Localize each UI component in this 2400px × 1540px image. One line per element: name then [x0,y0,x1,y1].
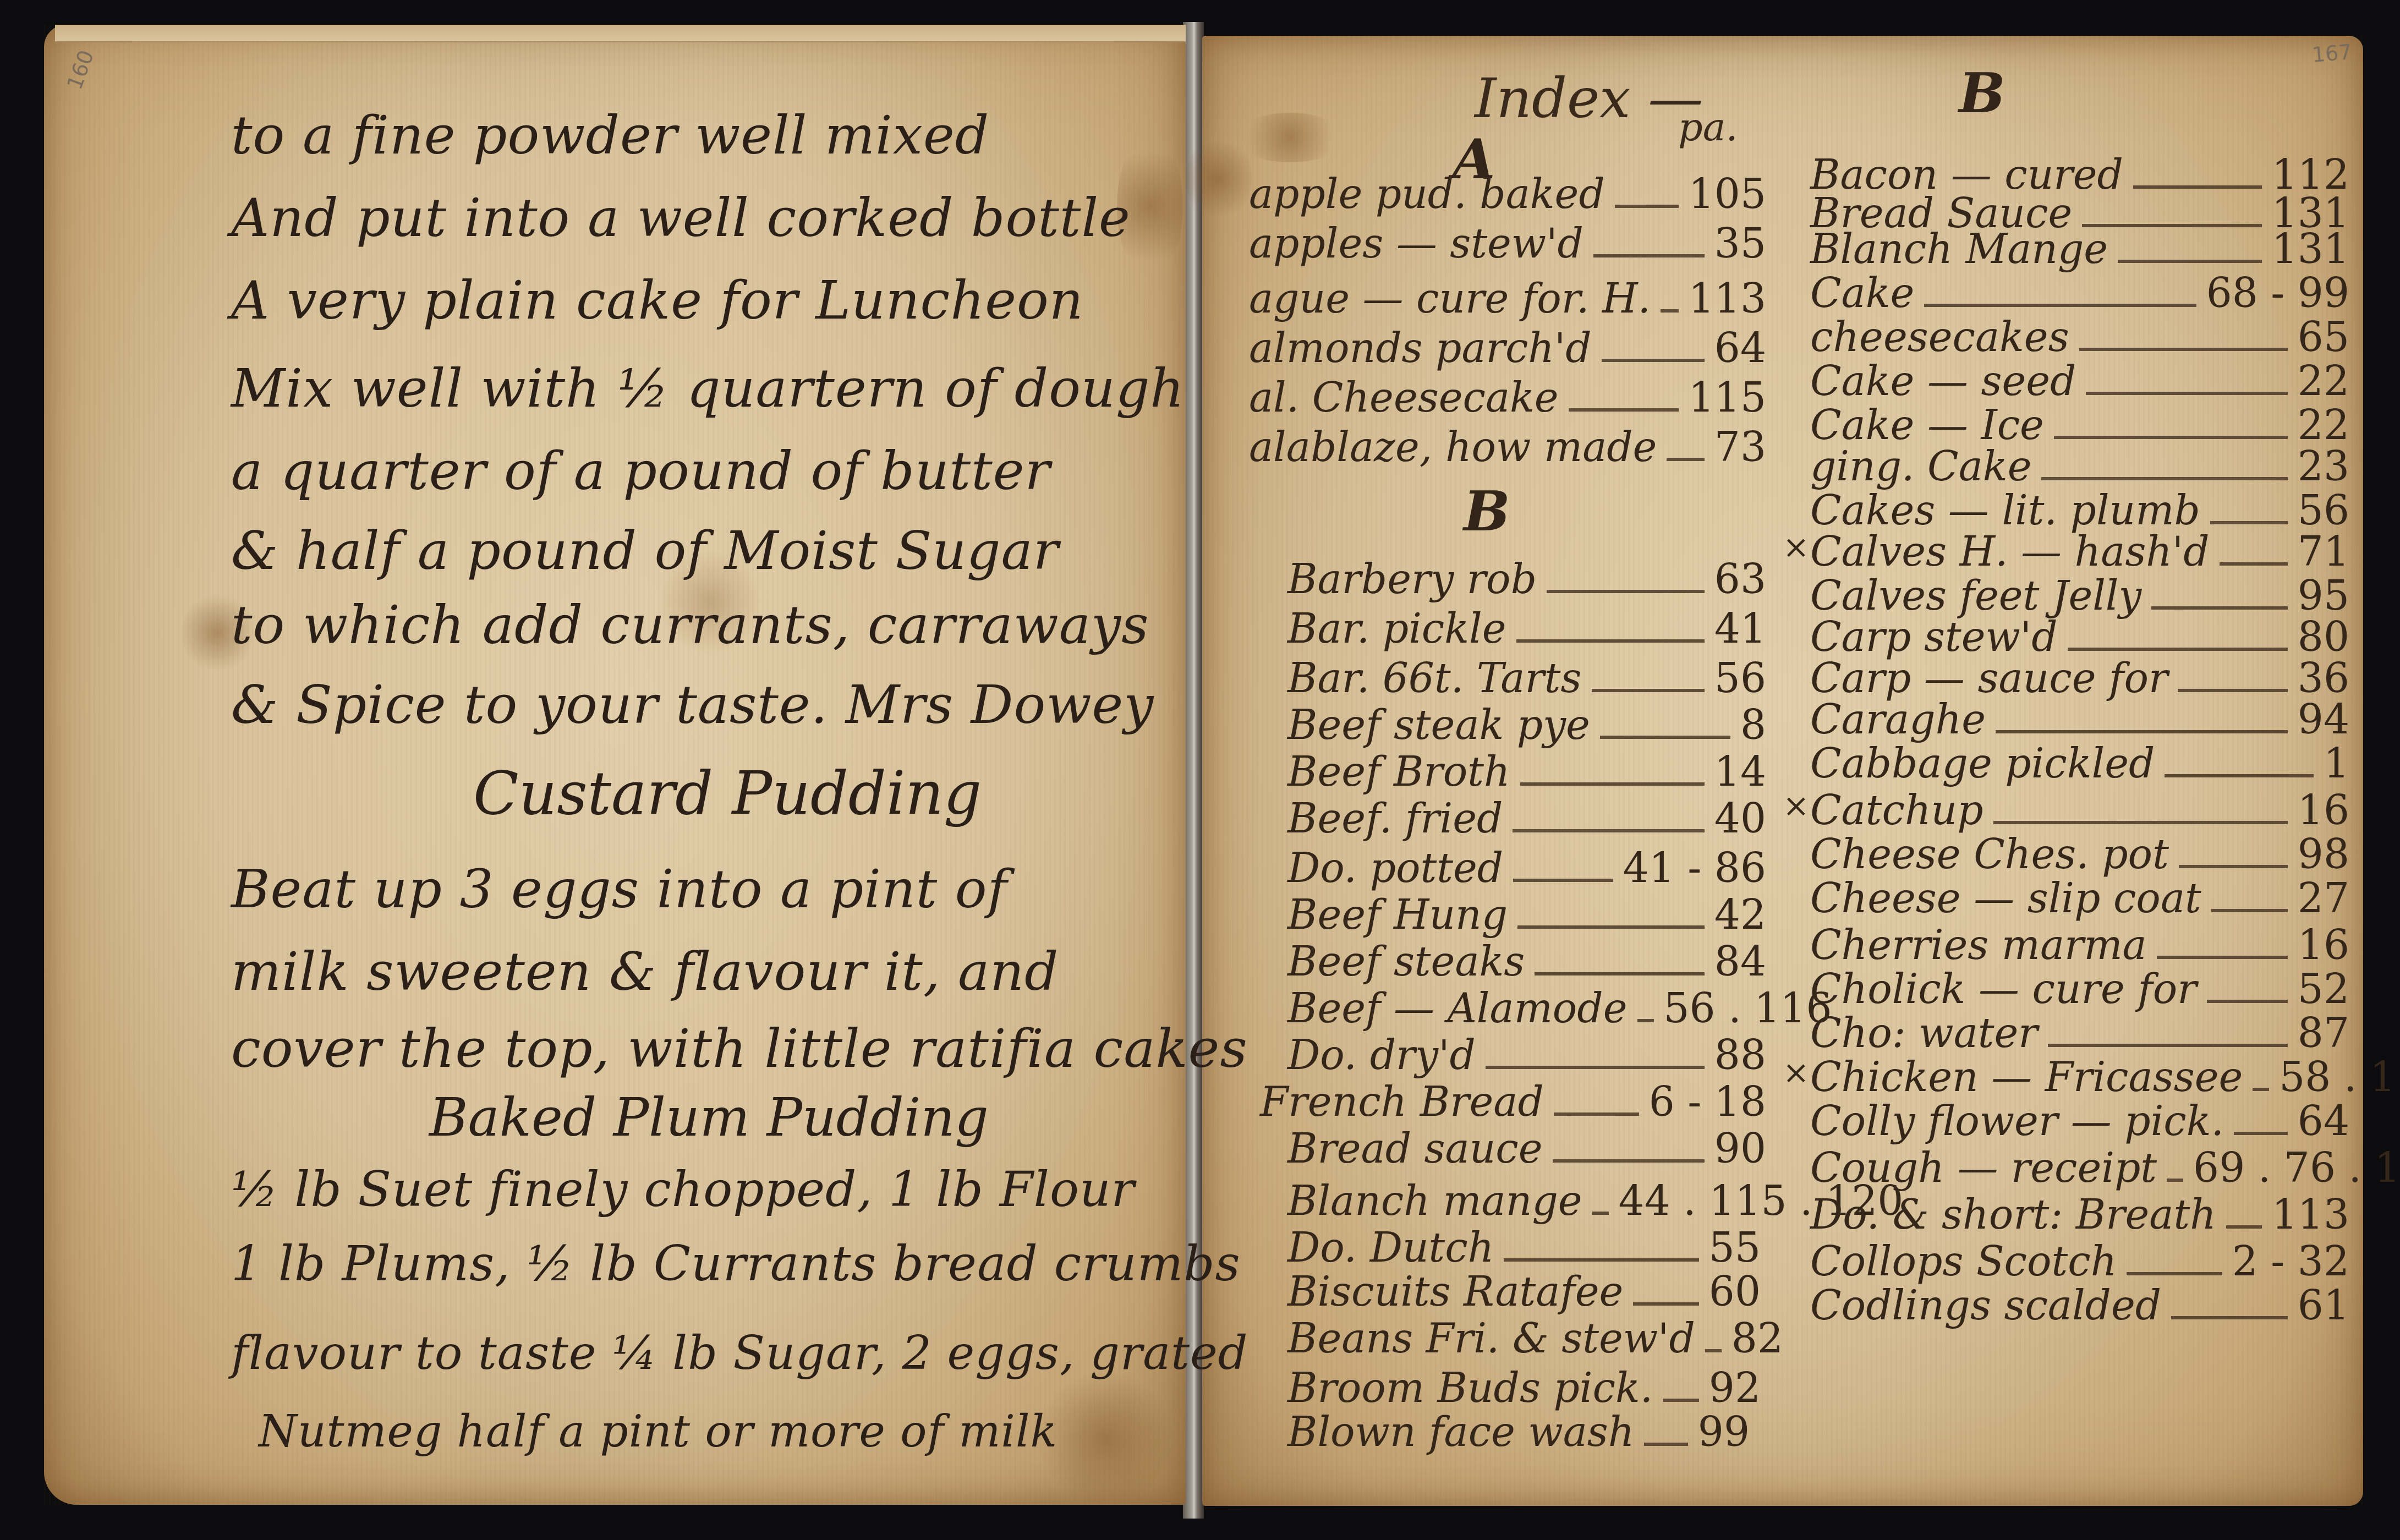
entry-name: Beef Hung [1287,891,1508,939]
leader-line [1993,821,2288,824]
text-line: & half a pound of Moist Sugar [231,520,1059,582]
leader-line [1633,1302,1698,1306]
leader-line [2165,774,2313,777]
leader-line [1592,1212,1609,1215]
entry-name: Calves feet Jelly [1810,572,2141,620]
leader-line [1520,782,1705,786]
leader-line [2178,689,2287,692]
entry-name: Bread sauce [1287,1125,1543,1172]
entry-page: 55 [1709,1224,1761,1272]
entry-name: Blown face wash [1287,1409,1634,1456]
leader-line [1554,1112,1639,1116]
entry-name: cheesecakes [1810,314,2069,361]
recipe-heading: Custard Pudding [473,759,982,828]
leader-line [2207,1000,2288,1003]
leader-line [2118,260,2262,263]
folio-number: 160 [62,47,98,92]
leader-line [1569,408,1679,412]
entry-page: 40 [1714,795,1766,842]
index-entry: Bread sauce90 [1287,1125,1766,1175]
index-entry: Biscuits Ratafee60 [1287,1268,1761,1318]
entry-name: Do. Dutch [1287,1224,1494,1272]
leader-line [1637,1019,1654,1022]
entry-name: Cake — Ice [1810,402,2044,449]
entry-name: Colly flower — pick. [1810,1098,2224,1145]
index-entry: almonds parch'd64 [1249,325,1766,374]
page-stack-edge [55,25,1186,42]
index-entry: Cheese Ches. pot98 [1810,831,2349,880]
entry-name: Bar. pickle [1287,605,1506,653]
index-entry: Cho: water87 [1810,1010,2349,1059]
index-entry: French Bread6 - 18 [1260,1078,1766,1128]
entry-page: 8 [1740,702,1766,749]
recipe-heading: Baked Plum Pudding [429,1087,989,1148]
index-entry: ×Chicken — Fricassee58 . 115 [1810,1054,2349,1103]
index-entry: Cake — seed22 [1810,358,2349,407]
leader-line [2157,956,2288,959]
text-line: to a fine powder well mixed [231,105,989,166]
index-entry: Beef steak pye8 [1287,702,1766,751]
margin-mark: × [1783,787,1810,824]
entry-page: 35 [1714,220,1766,267]
leader-line [2068,648,2288,651]
leader-line [2048,1044,2288,1047]
entry-page: 36 [2298,655,2349,702]
leader-line [1615,205,1679,208]
page-column-label: pa. [1678,105,1738,150]
recipe-heading: A very plain cake for Luncheon [231,270,1084,331]
index-entry: Cough — receipt69 . 76 . 112 [1810,1144,2349,1194]
entry-name: Beef steak pye [1287,702,1590,749]
entry-page: 6 - 18 [1649,1078,1766,1126]
index-entry: Colly flower — pick.64 [1810,1098,2349,1147]
entry-page: 113 [1689,275,1766,322]
entry-name: apple pud. baked [1249,171,1605,218]
leader-line [1644,1443,1687,1446]
index-entry: Barbery rob63 [1287,556,1766,605]
entry-name: Codlings scalded [1810,1282,2161,1329]
entry-page: 68 - 99 [2206,270,2349,317]
index-entry: Caraghe94 [1810,696,2349,746]
leader-line [2086,392,2287,395]
entry-name: Biscuits Ratafee [1287,1268,1623,1316]
leader-line [1996,730,2288,733]
index-entry: Blanch Mange131 [1810,226,2349,275]
index-entry: Collops Scotch2 - 32 [1810,1238,2349,1287]
entry-page: 22 [2298,402,2349,449]
leader-line [1592,689,1705,692]
index-entry: ×Calves H. — hash'd71 [1810,528,2349,578]
index-entry: Cake68 - 99 [1810,270,2349,319]
entry-page: 27 [2298,875,2349,922]
entry-name: alablaze, how made [1249,424,1657,471]
entry-name: Carp stew'd [1810,613,2058,661]
entry-page: 52 [2298,966,2349,1013]
entry-name: Beef steaks [1287,938,1525,985]
index-entry: Beef. fried40 [1287,795,1766,845]
leader-line [1553,1159,1705,1163]
leader-line [1667,458,1704,461]
leader-line [1593,254,1705,257]
entry-name: apples — stew'd [1249,220,1583,267]
leader-line [1600,736,1730,739]
margin-mark: × [1783,528,1810,566]
entry-page: 80 [2298,613,2349,661]
entry-page: 16 [2298,922,2349,969]
entry-name: Beef. fried [1287,795,1503,842]
index-entry: apple pud. baked105 [1249,171,1766,220]
entry-name: Beans Fri. & stew'd [1287,1315,1695,1362]
entry-page: 73 [1714,424,1766,471]
entry-name: Catchup [1810,787,1983,834]
entry-page: 69 . 76 . 112 [2193,1144,2400,1192]
leader-line [2253,1088,2269,1091]
entry-page: 95 [2298,572,2349,620]
entry-name: Beef Broth [1287,748,1510,796]
index-entry: Do. dry'd88 [1287,1032,1766,1081]
leader-line [2220,562,2288,566]
index-entry: Bar. 66t. Tarts56 [1287,655,1766,704]
leader-line [2151,606,2287,610]
entry-page: 23 [2298,443,2349,490]
index-entry: Beans Fri. & stew'd82 [1287,1315,1761,1364]
entry-name: Do. dry'd [1287,1032,1476,1079]
entry-page: 64 [1714,325,1766,372]
entry-name: Cabbage pickled [1810,740,2155,787]
index-entry: al. Cheesecake115 [1249,374,1766,424]
entry-page: 90 [1714,1125,1766,1172]
index-entry: Cheese — slip coat27 [1810,875,2349,924]
index-entry: Blanch mange44 . 115 . 120 [1287,1177,1816,1227]
entry-name: ague — cure for. H. [1249,275,1651,322]
section-letter-b: B [1464,479,1510,544]
index-entry: ging. Cake23 [1810,443,2349,492]
leader-line [2127,1272,2222,1275]
entry-page: 82 [1731,1315,1783,1362]
leader-line [2179,865,2288,868]
leader-line [1535,972,1705,975]
entry-name: Cakes — lit. plumb [1810,487,2200,534]
entry-page: 105 [1689,171,1766,218]
leader-line [2171,1316,2288,1319]
entry-page: 56 [1714,655,1766,702]
entry-name: Do. & short: Breath [1810,1191,2216,1238]
index-title: Index — [1475,66,1703,130]
leader-line [1486,1066,1705,1069]
index-entry: Beef Broth14 [1287,748,1766,798]
leader-line [1513,879,1613,882]
leader-line [2211,909,2288,912]
book-spine-gutter [1183,22,1204,1519]
leader-line [2226,1225,2262,1229]
index-entry: Cherries marma16 [1810,922,2349,971]
entry-page: 42 [1714,891,1766,939]
entry-page: 63 [1714,556,1766,603]
entry-name: Carp — sauce for [1810,655,2168,702]
entry-page: 71 [2298,528,2349,576]
entry-page: 41 - 86 [1623,845,1766,892]
entry-page: 56 [2298,487,2349,534]
index-entry: cheesecakes65 [1810,314,2349,363]
entry-name: Cheese Ches. pot [1810,831,2169,878]
entry-page: 14 [1714,748,1766,796]
entry-name: Beef — Alamode [1287,985,1628,1032]
entry-page: 131 [2272,226,2349,273]
leader-line [1504,1258,1698,1262]
entry-name: Cheese — slip coat [1810,875,2201,922]
leader-line [1517,925,1705,929]
entry-page: 22 [2298,358,2349,405]
index-entry: Do. potted41 - 86 [1287,845,1766,894]
entry-page: 41 [1714,605,1766,653]
entry-page: 84 [1714,938,1766,985]
leader-line [1661,309,1679,313]
leader-line [1705,1349,1722,1352]
entry-name: almonds parch'd [1249,325,1592,372]
text-line: a quarter of a pound of butter [231,440,1050,502]
text-line: Nutmeg half a pint or more of milk [259,1406,1057,1457]
index-entry: Codlings scalded61 [1810,1282,2349,1331]
entry-page: 65 [2298,314,2349,361]
entry-name: Cake [1810,270,1914,317]
leader-line [2167,1179,2183,1182]
index-entry: Bar. pickle41 [1287,605,1766,655]
entry-page: 115 [1689,374,1766,421]
entry-name: Cherries marma [1810,922,2147,969]
entry-page: 58 . 115 [2279,1054,2400,1101]
entry-page: 94 [2298,696,2349,743]
entry-page: 88 [1714,1032,1766,1079]
index-entry: Cholick — cure for52 [1810,966,2349,1015]
index-entry: ague — cure for. H.113 [1249,275,1766,325]
text-line: And put into a well corked bottle [231,187,1131,249]
entry-name: Caraghe [1810,696,1986,743]
entry-page: 98 [2298,831,2349,878]
index-entry: alablaze, how made73 [1249,424,1766,473]
text-line: milk sweeten & flavour it, and [231,941,1059,1002]
index-entry: Do. & short: Breath113 [1810,1191,2349,1241]
entry-name: Broom Buds pick. [1287,1364,1653,1412]
entry-page: 60 [1709,1268,1761,1316]
entry-page: 1 [2324,740,2349,787]
entry-name: Cake — seed [1810,358,2076,405]
index-entry: Cabbage pickled1 [1810,740,2349,790]
leader-line [1924,304,2196,307]
entry-page: 92 [1709,1364,1761,1412]
entry-name: Bar. 66t. Tarts [1287,655,1582,702]
entry-name: Barbery rob [1287,556,1537,603]
folio-number: 167 [2311,40,2353,67]
leader-line [1516,639,1705,643]
leader-line [2079,348,2288,351]
leader-line [2133,185,2262,189]
entry-name: Collops Scotch [1810,1238,2117,1285]
entry-name: al. Cheesecake [1249,374,1559,421]
index-entry: Beef Hung42 [1287,891,1766,941]
index-entry: Beef — Alamode56 . 116 [1287,985,1772,1034]
index-entry: Broom Buds pick.92 [1287,1364,1761,1414]
leader-line [2210,521,2288,524]
text-line: to which add currants, carraways [231,594,1149,656]
leader-line [1602,359,1705,362]
leader-line [2234,1132,2288,1135]
entry-page: 61 [2298,1282,2349,1329]
text-line: 1 lb Plums, ½ lb Currants bread crumbs [231,1235,1241,1292]
leader-line [1547,590,1705,593]
entry-page: 2 - 32 [2232,1238,2349,1285]
text-line: ½ lb Suet finely chopped, 1 lb Flour [231,1161,1135,1218]
entry-name: Cho: water [1810,1010,2038,1057]
entry-page: 56 . 116 [1664,985,1832,1032]
entry-page: 87 [2298,1010,2349,1057]
index-entry: Do. Dutch55 [1287,1224,1761,1274]
index-entry: ×Catchup16 [1810,787,2349,836]
index-entry: Blown face wash99 [1287,1409,1750,1458]
section-letter-b: B [1959,61,2006,125]
leader-line [1663,1399,1699,1402]
text-line: flavour to taste ¼ lb Sugar, 2 eggs, gra… [231,1326,1248,1380]
index-entry: Beef steaks84 [1287,938,1766,988]
leader-line [1513,829,1704,832]
leader-line [2041,477,2287,480]
entry-name: French Bread [1260,1078,1544,1126]
text-line: Mix well with ½ quartern of dough [231,358,1185,419]
entry-page: 99 [1698,1409,1750,1456]
entry-name: Cough — receipt [1810,1144,2157,1192]
text-line: cover the top, with little ratifia cakes [231,1018,1248,1079]
entry-page: 64 [2298,1098,2349,1145]
entry-name: Calves H. — hash'd [1810,528,2210,576]
text-line: & Spice to your taste. Mrs Dowey [231,674,1154,736]
entry-name: Chicken — Fricassee [1810,1054,2243,1101]
index-entry: apples — stew'd35 [1249,220,1766,270]
entry-name: Do. potted [1287,845,1503,892]
leader-line [2054,436,2288,439]
text-line: Beat up 3 eggs into a pint of [231,858,1007,920]
margin-mark: × [1783,1054,1810,1091]
ink-stain [1235,113,1345,162]
entry-name: Cholick — cure for [1810,966,2197,1013]
entry-page: 16 [2298,787,2349,834]
entry-name: Blanch mange [1287,1177,1582,1225]
entry-name: Blanch Mange [1810,226,2108,273]
entry-page: 113 [2272,1191,2349,1238]
entry-name: ging. Cake [1810,443,2031,490]
